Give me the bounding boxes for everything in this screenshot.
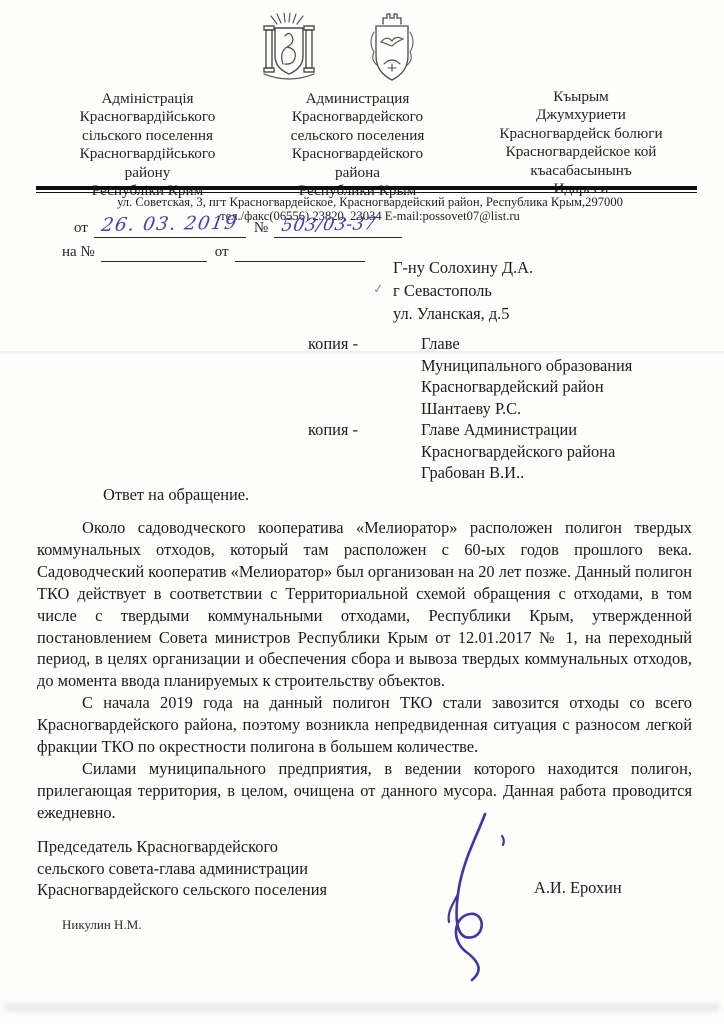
signoff-position: Председатель Красногвардейского сельског… xyxy=(37,836,327,901)
copy-label: копия - xyxy=(308,333,421,419)
reply-date-blank-line xyxy=(235,241,365,262)
outgoing-number-handwritten: 503/03-37 xyxy=(280,214,378,236)
copy-row: копия - Главе Администрации Красногварде… xyxy=(308,419,632,484)
check-mark-icon: ✓ xyxy=(372,281,385,297)
recipient-block: Г-ну Солохину Д.А. г Севастополь ул. Ула… xyxy=(393,256,533,325)
org-name-crimean-tatar: Къырым Джумхуриети Красногвардейск болюг… xyxy=(462,88,700,198)
district-coat-of-arms-icon xyxy=(366,10,418,86)
letter-page: Адміністрація Красногвардійського сільск… xyxy=(0,0,724,1024)
outgoing-ref-row: от 26. 03. 2019 № 503/03-37 xyxy=(74,217,402,238)
reply-number-label: на № xyxy=(62,244,95,262)
executor-name: Никулин Н.М. xyxy=(62,917,142,933)
signer-name: А.И. Ерохин xyxy=(534,878,622,898)
org-name-russian: Администрация Красногвардейского сельско… xyxy=(255,90,460,200)
copies-block: копия - Главе Муниципального образования… xyxy=(308,333,632,484)
copy-row: копия - Главе Муниципального образования… xyxy=(308,333,632,419)
reply-ref-row: на № от xyxy=(62,241,365,262)
reply-from-label: от xyxy=(215,244,229,262)
crimea-coat-of-arms-icon xyxy=(262,12,316,86)
number-blank-line: 503/03-37 xyxy=(274,217,402,238)
copy-label: копия - xyxy=(308,419,421,484)
header-divider xyxy=(36,186,697,193)
signature-icon xyxy=(425,808,525,988)
scan-fold-artifact xyxy=(0,351,724,354)
copy-recipient: Главе Муниципального образования Красног… xyxy=(421,333,632,419)
letter-body: Около садоводческого кооператива «Мелиор… xyxy=(37,517,692,824)
number-label: № xyxy=(254,220,268,238)
org-name-ukrainian: Адміністрація Красногвардійського сільск… xyxy=(40,90,255,200)
org-address: ул. Советская, 3, пгт Красногвардейское,… xyxy=(50,196,690,210)
scan-edge-artifact xyxy=(4,1003,720,1012)
body-paragraph: Силами муниципального предприятия, в вед… xyxy=(37,758,692,824)
body-paragraph: С начала 2019 года на данный полигон ТКО… xyxy=(37,692,692,758)
subject-line: Ответ на обращение. xyxy=(103,485,249,505)
body-paragraph: Около садоводческого кооператива «Мелиор… xyxy=(37,517,692,692)
date-blank-line: 26. 03. 2019 xyxy=(94,217,246,238)
outgoing-date-handwritten: 26. 03. 2019 xyxy=(100,213,239,236)
copy-recipient: Главе Администрации Красногвардейского р… xyxy=(421,419,615,484)
reply-number-blank-line xyxy=(101,241,207,262)
from-label: от xyxy=(74,220,88,238)
